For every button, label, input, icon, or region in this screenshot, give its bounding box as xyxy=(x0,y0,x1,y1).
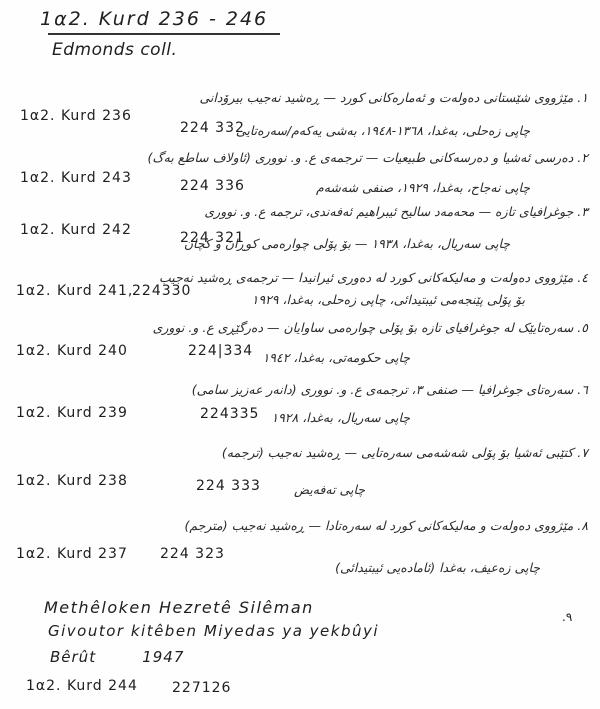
entry-9-number: 227126 xyxy=(172,680,231,696)
entry-5-number: 224|334 xyxy=(188,343,253,359)
entry-7-imprint: چاپی تەفەیض xyxy=(294,482,365,497)
entry-3-title: ٣. جوغرافیای تازە — محەمەد سالیح ئیبراهی… xyxy=(204,204,588,219)
entry-5-imprint: چاپی حکومەتی، بەغدا، ١٩٤٢ xyxy=(263,350,410,365)
entry-6-title: ٦. سەرەتای جوغرافیا — صنفی ٣، ترجمەی ع. … xyxy=(192,382,588,397)
entry-8-imprint: چاپی زەعیف، بەغدا (ئامادەیی ئیبتیدائی) xyxy=(335,560,540,575)
entry-2-number: 224 336 xyxy=(180,178,245,194)
entry-8-number: 224 323 xyxy=(160,546,225,562)
entry-4-shelfmark: 1α2. Kurd 241, xyxy=(16,283,133,299)
title-underline xyxy=(48,33,280,35)
entry-3-shelfmark: 1α2. Kurd 242 xyxy=(20,222,132,238)
entry-3-imprint: چاپی سەریال، بەغدا، ١٩٣٨ — بۆ پۆلی چوارە… xyxy=(184,236,510,251)
entry-4-title: ٤. مێژووی دەولەت و مەلیکەکانی کورد لە دە… xyxy=(159,270,588,285)
entry-6-imprint: چاپی سەریال، بەغدا، ١٩٢٨ xyxy=(271,410,410,425)
collection-name: Edmonds coll. xyxy=(52,40,177,60)
entry-8-shelfmark: 1α2. Kurd 237 xyxy=(16,546,128,562)
entry-9-title-line-1: Methêloken Hezretê Silêman xyxy=(44,598,314,617)
entry-9-title-line-2: Givoutor kitêben Miyedas ya yekbûyi xyxy=(48,622,379,640)
entry-2-imprint: چاپی نەجاح، بەغدا، ١٩٢٩، صنفی شەشەم xyxy=(316,180,530,195)
entry-6-number: 224335 xyxy=(200,406,259,422)
entry-9-shelfmark: 1α2. Kurd 244 xyxy=(26,678,138,694)
entry-8-title: ٨. مێژووی دەولەت و مەلیکەکانی کورد لە سە… xyxy=(184,518,588,533)
entry-1-title: ١. مێژووی شێستانی دەولەت و ئەمارەکانی کو… xyxy=(200,90,589,105)
entry-4-number: 224330 xyxy=(132,283,191,299)
entry-7-number: 224 333 xyxy=(196,478,261,494)
entry-9-list-marker: .٩ xyxy=(562,610,572,624)
entry-4-imprint: بۆ پۆلی پێنجەمی ئیبتیدائی، چاپی زەحلی، ب… xyxy=(252,292,525,307)
entry-5-title: ٥. سەرەتایێک لە جوغرافیای تازە بۆ پۆلی چ… xyxy=(153,320,588,335)
entry-1-shelfmark: 1α2. Kurd 236 xyxy=(20,108,132,124)
entry-2-title: ٢. دەرسی ئەشیا و دەرسەکانی طبیعیات — ترج… xyxy=(148,150,588,165)
entry-6-shelfmark: 1α2. Kurd 239 xyxy=(16,405,128,421)
entry-1-imprint: چاپی زەحلی، بەغدا، ١٣٦٨-١٩٤٨، بەشی یەکەم… xyxy=(236,123,530,138)
entry-7-shelfmark: 1α2. Kurd 238 xyxy=(16,473,128,489)
entry-5-shelfmark: 1α2. Kurd 240 xyxy=(16,343,128,359)
entry-9-imprint: Bêrût 1947 xyxy=(50,648,184,666)
manuscript-page: 1α2. Kurd 236 - 246 Edmonds coll. ١. مێژ… xyxy=(0,0,600,709)
page-title: 1α2. Kurd 236 - 246 xyxy=(40,8,268,30)
entry-2-shelfmark: 1α2. Kurd 243 xyxy=(20,170,132,186)
entry-7-title: ٧. کتێبی ئەشیا بۆ پۆلی شەشەمی سەرەتایی —… xyxy=(222,445,588,460)
